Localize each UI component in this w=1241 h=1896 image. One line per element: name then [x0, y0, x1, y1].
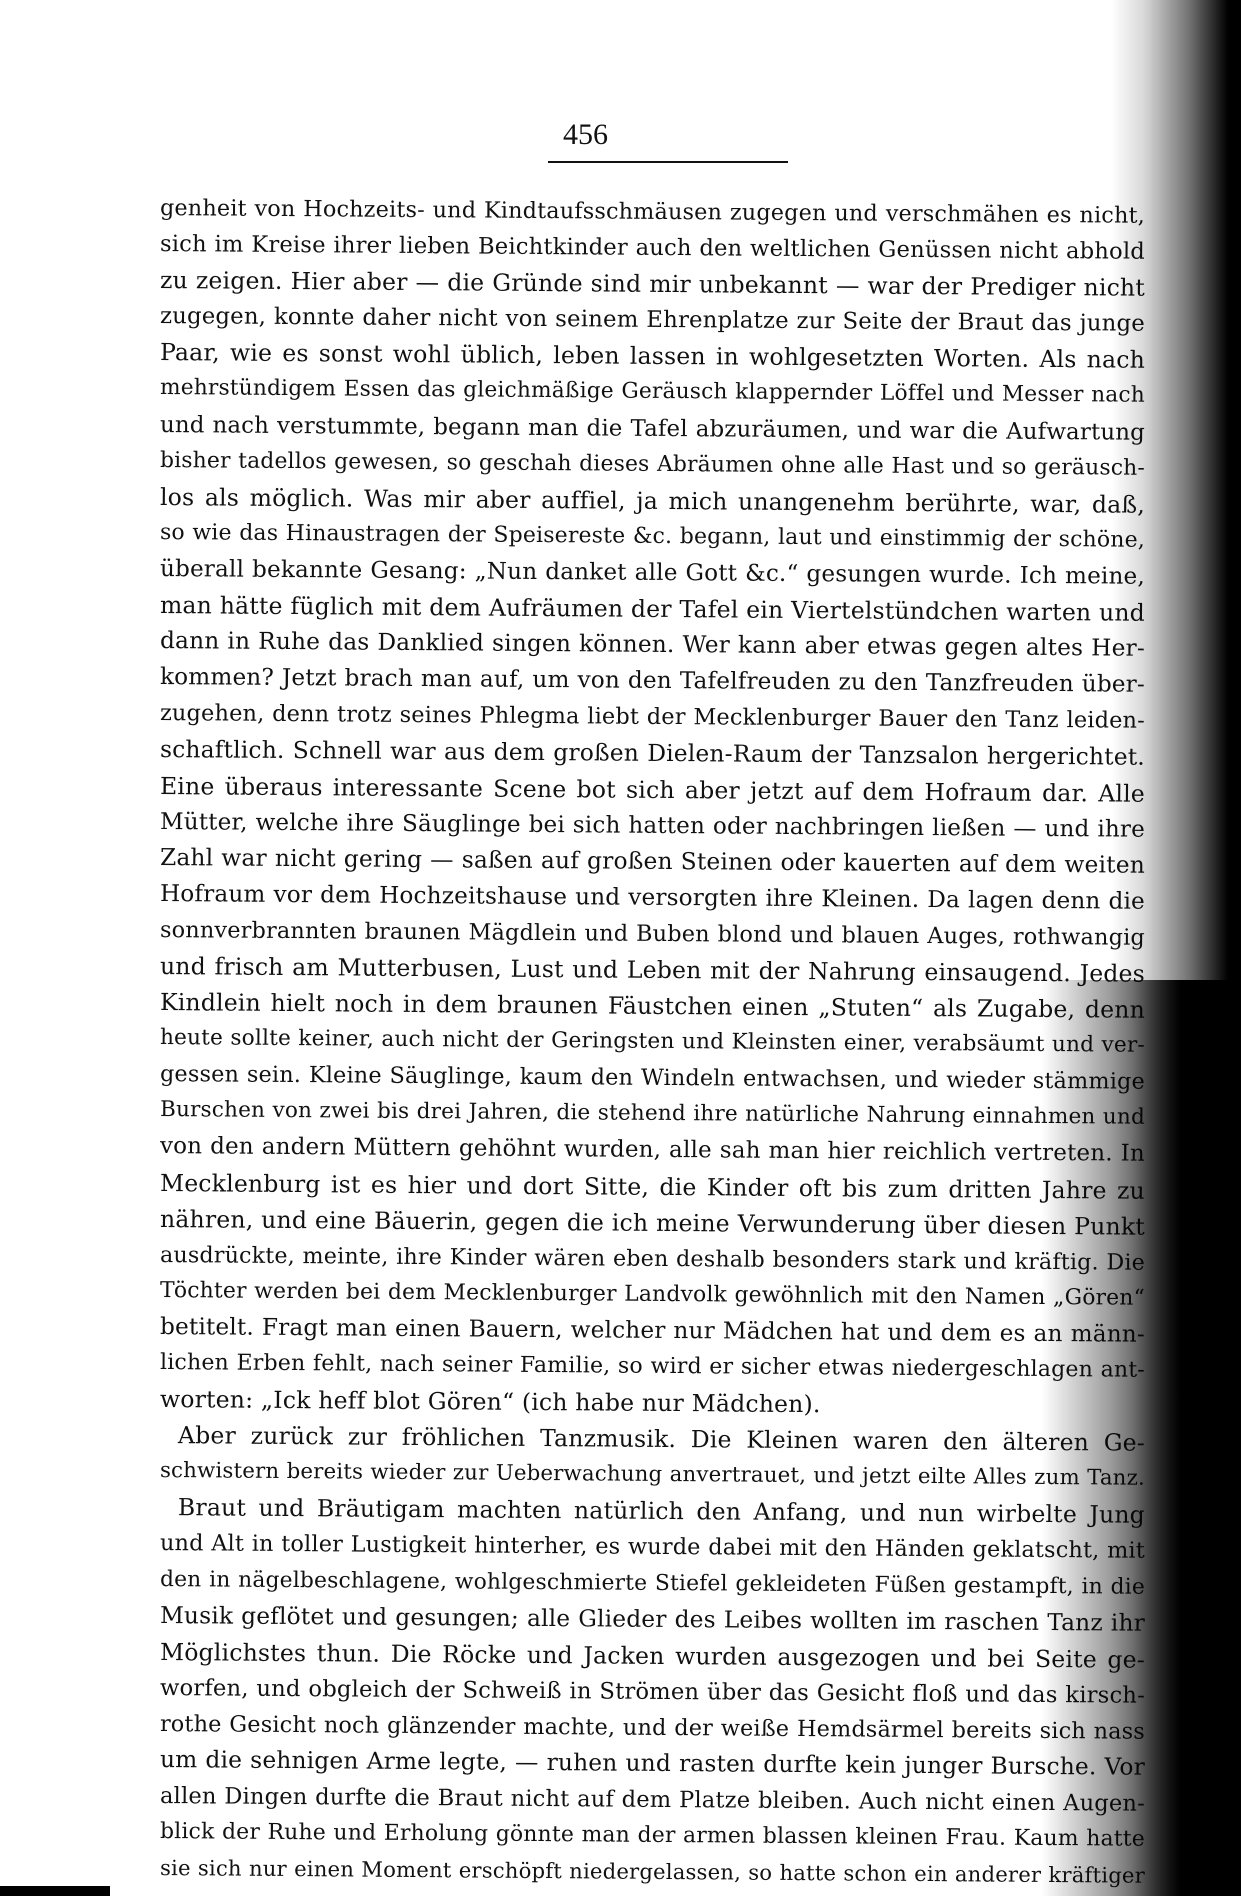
page-number: 456	[0, 118, 1206, 152]
header-rule	[548, 161, 788, 163]
scan-edge-shadow-corner	[0, 1886, 110, 1896]
text-line: sie sich nur einen Moment erschöpft nied…	[160, 1850, 1145, 1894]
scan-edge-shadow-lower	[1041, 980, 1241, 1896]
body-text: genheit von Hochzeits- und Kindtaufsschm…	[160, 190, 1145, 1886]
